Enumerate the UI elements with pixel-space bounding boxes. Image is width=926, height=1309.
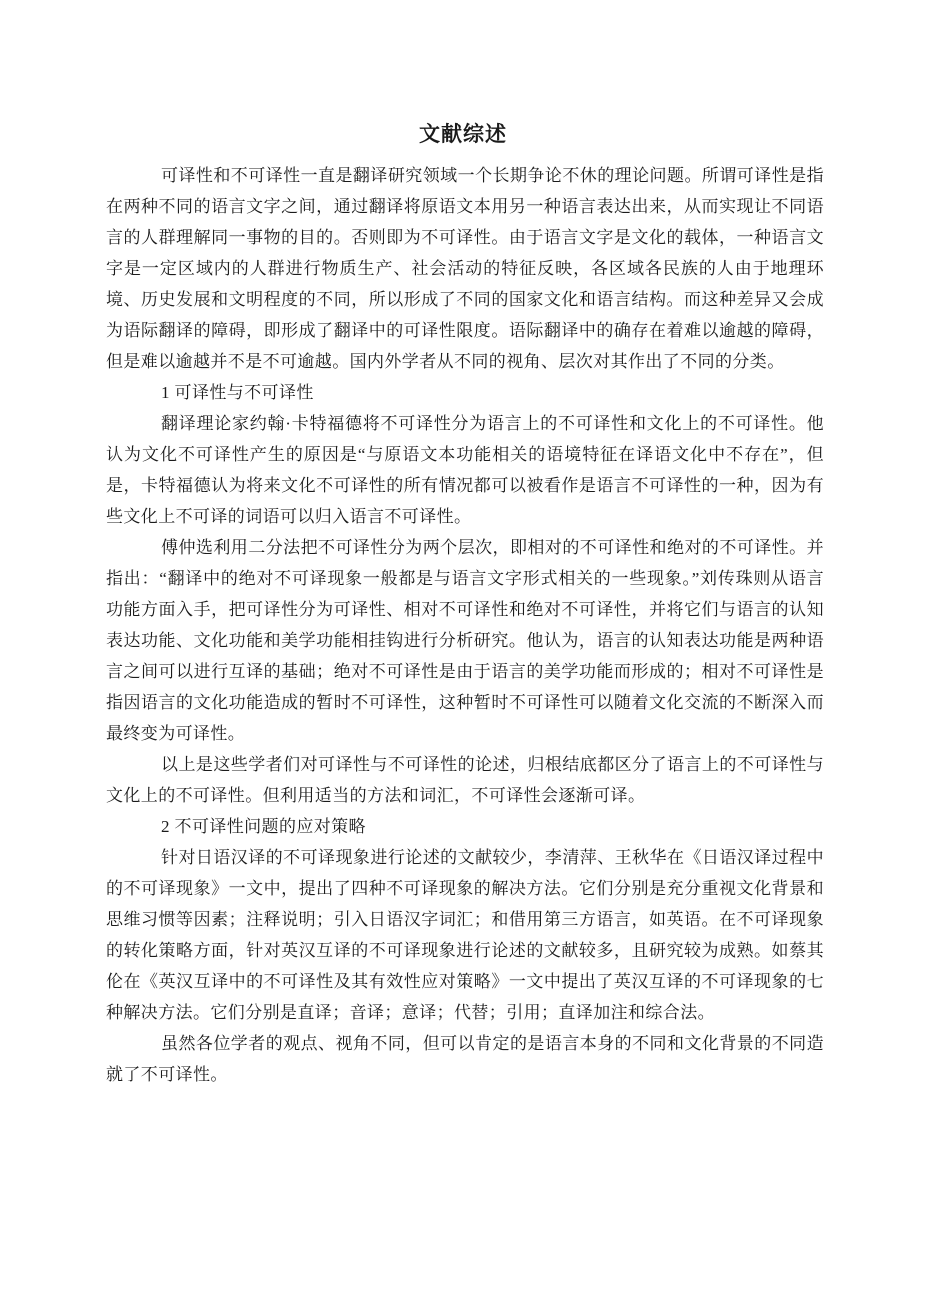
document-title: 文献综述 <box>0 119 926 150</box>
document-body: 可译性和不可译性一直是翻译研究领域一个长期争论不休的理论问题。所谓可译性是指在两… <box>106 160 824 1090</box>
paragraph-catford: 翻译理论家约翰·卡特福德将不可译性分为语言上的不可译性和文化上的不可译性。他认为… <box>106 408 824 532</box>
paragraph-strategies: 针对日语汉译的不可译现象进行论述的文献较少，李清萍、王秋华在《日语汉译过程中的不… <box>106 842 824 1028</box>
paragraph-intro: 可译性和不可译性一直是翻译研究领域一个长期争论不休的理论问题。所谓可译性是指在两… <box>106 160 824 377</box>
document-page: 文献综述 可译性和不可译性一直是翻译研究领域一个长期争论不休的理论问题。所谓可译… <box>0 0 926 1309</box>
section-heading-1: 1 可译性与不可译性 <box>106 377 824 408</box>
paragraph-section1-summary: 以上是这些学者们对可译性与不可译性的论述，归根结底都区分了语言上的不可译性与文化… <box>106 749 824 811</box>
paragraph-fuzhongxuan-liuchuanzhu: 傅仲选利用二分法把不可译性分为两个层次，即相对的不可译性和绝对的不可译性。并指出… <box>106 532 824 749</box>
paragraph-conclusion: 虽然各位学者的观点、视角不同，但可以肯定的是语言本身的不同和文化背景的不同造就了… <box>106 1028 824 1090</box>
section-heading-2: 2 不可译性问题的应对策略 <box>106 811 824 842</box>
